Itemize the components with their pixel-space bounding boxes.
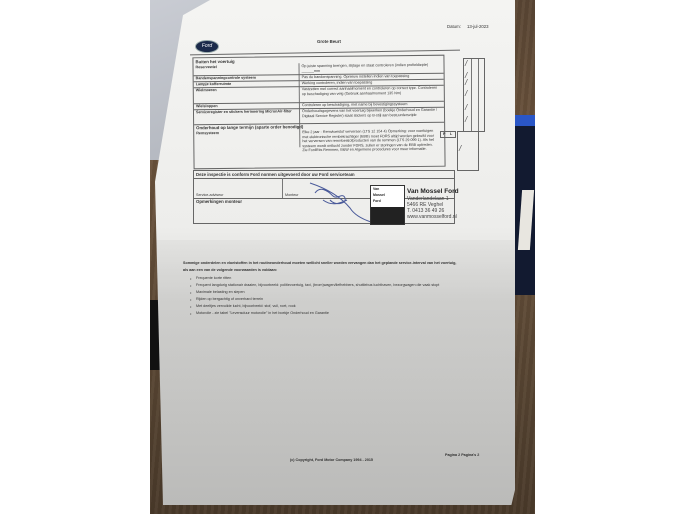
signature — [305, 178, 375, 223]
note-item: Rijden op bergachtig of onverhard terrei… — [196, 297, 263, 302]
row-description: Elke 2 jaar - Remvloeistof verversen (LT… — [302, 129, 437, 153]
bullet: • — [190, 304, 191, 309]
bullet: • — [190, 297, 191, 302]
date-label: Datum: — [447, 24, 461, 29]
document-photo: Ford Grote Beurt Datum: 13-jul-2023 Buit… — [150, 0, 535, 514]
row-description: Vastzetten met correct aanhaalmoment en … — [302, 86, 442, 97]
note-item: Frequente korte ritten — [196, 276, 231, 281]
column-divider — [471, 59, 472, 131]
column-divider — [478, 59, 479, 131]
bullet: • — [190, 311, 191, 316]
notes-intro-2: als aan een van de volgende voorwaarden … — [183, 268, 277, 273]
row-item: Wielmoeren — [196, 88, 217, 93]
bullet: • — [190, 276, 191, 281]
note-item: Maximale belasting en slepen — [196, 290, 245, 295]
pl-box: P L — [440, 131, 456, 138]
column-divider — [282, 178, 283, 198]
checkbox-column: / / / / / / — [463, 58, 485, 132]
ford-logo-icon: Ford — [195, 40, 219, 53]
l-label: L — [450, 132, 452, 137]
dealer-website: www.vanmosselford.nl — [407, 214, 457, 220]
stamp-logo-line: Ford — [371, 198, 404, 204]
checkbox-column-2: / — [457, 131, 479, 171]
p-label: P — [443, 132, 445, 137]
checklist-table: Buiten het voertuig Reservewiel Op juist… — [192, 55, 445, 170]
note-item: Frequent langdurig stationair draaien, b… — [196, 283, 439, 288]
page-title: Grote Beurt — [317, 39, 341, 44]
dealer-stamp-logo: Van Mossel Ford — [370, 185, 405, 225]
notes-intro-1: Sommige onderdelen en vloeistoffen in he… — [183, 261, 456, 266]
dealer-name: Van Mossel Ford — [407, 188, 459, 195]
row-item: Serviceregister en stickers herinnering … — [196, 109, 296, 115]
row-description: Op juiste spanning brengen, slijtage en … — [301, 63, 441, 74]
check-mark: / — [465, 115, 467, 124]
note-item: Motorolie - zie tabel "Levensduur motoro… — [196, 311, 329, 316]
row-item: Reservewiel — [196, 65, 217, 70]
check-mark: / — [465, 78, 467, 87]
column-divider — [298, 63, 300, 147]
page-number: Pagina 2 Pagina's 2 — [445, 453, 479, 458]
opmerkingen-label: Opmerkingen monteur — [196, 199, 242, 204]
monteur-label: Monteur — [285, 193, 299, 198]
conform-header: Deze inspectie is conform Ford normen ui… — [196, 172, 355, 177]
row-description: Onderhoudsgegevens van het voertuig bijw… — [302, 108, 442, 119]
service-report-page: Ford Grote Beurt Datum: 13-jul-2023 Buit… — [155, 0, 515, 505]
check-mark: / — [465, 89, 467, 98]
check-mark: / — [465, 103, 467, 112]
service-adviseur-label: Service-adviseur — [196, 193, 223, 198]
date-value: 13-jul-2023 — [467, 24, 489, 29]
section-header-lange-termijn: Onderhoud op lange termijn (aparte order… — [196, 124, 303, 130]
check-mark: / — [465, 59, 467, 68]
copyright: (c) Copyright, Ford Motor Company 1994 -… — [290, 458, 373, 463]
check-mark: / — [459, 144, 461, 153]
row-item: Remsysteem — [196, 131, 219, 136]
note-item: Met deeltjes vervuilde lucht, bijvoorbee… — [196, 304, 296, 309]
lighting-shadow — [155, 240, 515, 514]
section-header-buiten: Buiten het voertuig — [195, 59, 234, 65]
bullet: • — [190, 283, 191, 288]
bullet: • — [190, 290, 191, 295]
